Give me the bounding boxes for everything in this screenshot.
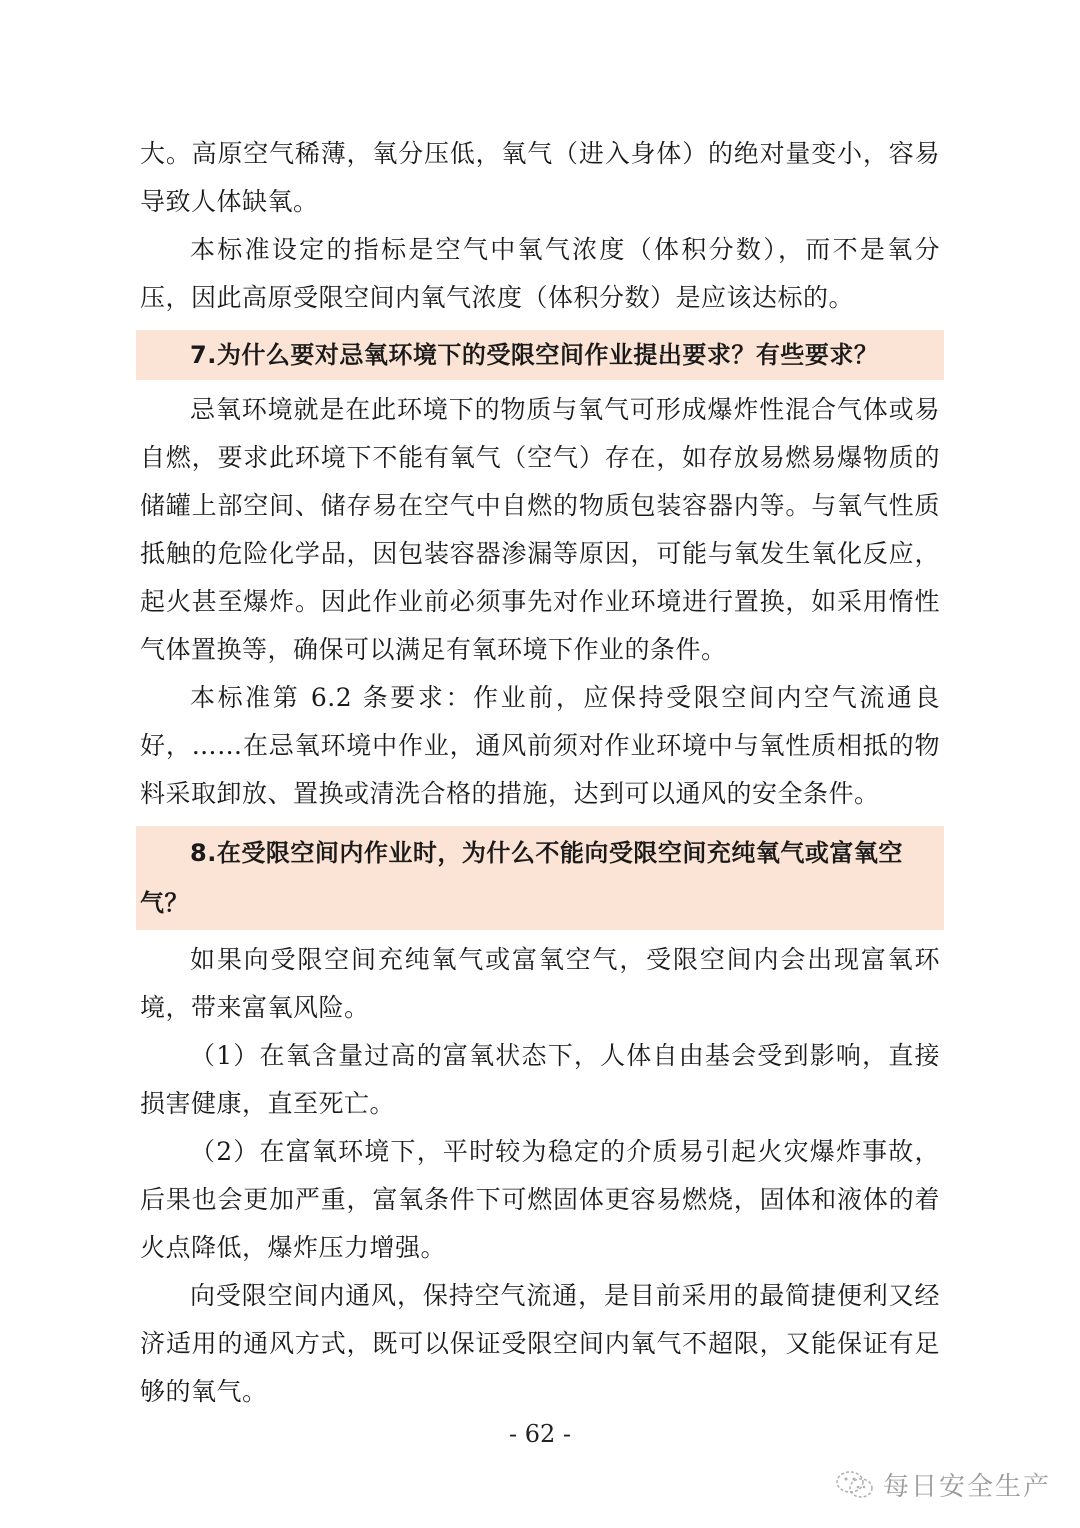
list-item: （1）在氧含量过高的富氧状态下，人体自由基会受到影响，直接损害健康，直至死亡。 — [140, 1032, 940, 1128]
watermark: 每日安全生产 — [835, 1466, 1051, 1503]
list-item: （2）在富氧环境下，平时较为稳定的介质易引起火灾爆炸事故，后果也会更加严重，富氧… — [140, 1128, 940, 1272]
section-8-heading: 8.在受限空间内作业时，为什么不能向受限空间充纯氧气或富氧空气？ — [136, 826, 944, 930]
section-7-heading: 7.为什么要对忌氧环境下的受限空间作业提出要求？有些要求？ — [136, 330, 944, 380]
page-number: - 62 - — [0, 1420, 1080, 1448]
paragraph: 向受限空间内通风，保持空气流通，是目前采用的最简捷便利又经济适用的通风方式，既可… — [140, 1272, 940, 1416]
document-page: 大。高原空气稀薄，氧分压低，氧气（进入身体）的绝对量变小，容易导致人体缺氧。 本… — [140, 130, 940, 1416]
paragraph: 本标准设定的指标是空气中氧气浓度（体积分数），而不是氧分压，因此高原受限空间内氧… — [140, 226, 940, 322]
paragraph: 忌氧环境就是在此环境下的物质与氧气可形成爆炸性混合气体或易自燃，要求此环境下不能… — [140, 386, 940, 674]
paragraph: 本标准第 6.2 条要求：作业前，应保持受限空间内空气流通良好，……在忌氧环境中… — [140, 674, 940, 818]
paragraph: 大。高原空气稀薄，氧分压低，氧气（进入身体）的绝对量变小，容易导致人体缺氧。 — [140, 130, 940, 226]
watermark-text: 每日安全生产 — [883, 1466, 1051, 1503]
wechat-icon — [835, 1469, 875, 1501]
paragraph: 如果向受限空间充纯氧气或富氧空气，受限空间内会出现富氧环境，带来富氧风险。 — [140, 936, 940, 1032]
